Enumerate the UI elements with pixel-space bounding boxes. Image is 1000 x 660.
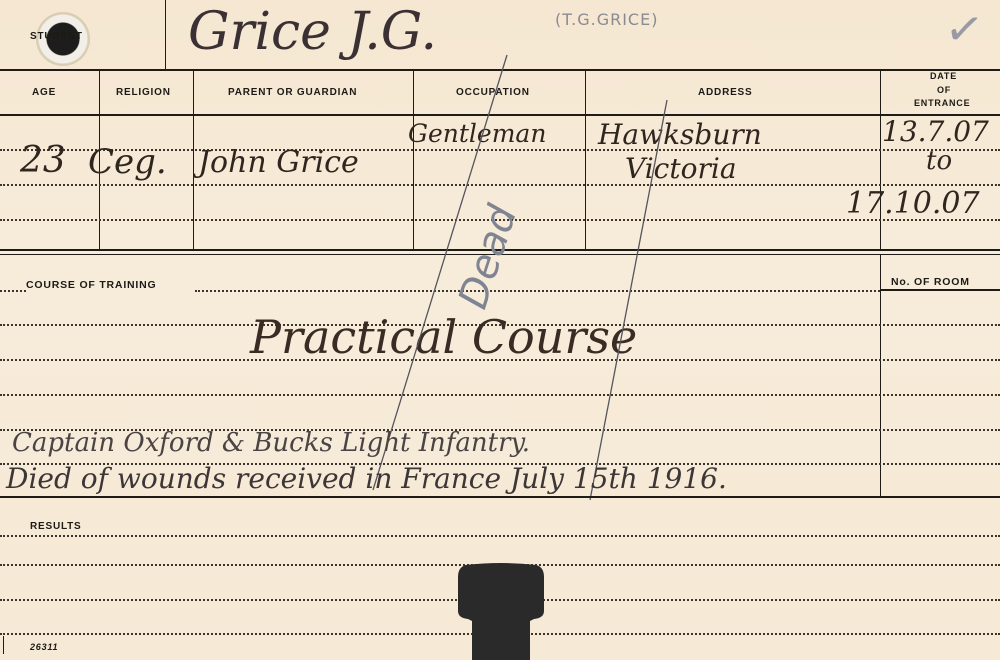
student-record-card: STUDENT Grice J.G. (T.G.GRICE) ✓ AGE REL…: [0, 0, 1000, 660]
note-line2: Died of wounds received in France July 1…: [6, 462, 727, 495]
pencil-strike-lines: [0, 0, 1000, 660]
results-label: RESULTS: [30, 521, 82, 532]
results-divider: [0, 496, 1000, 498]
form-number: 26311: [30, 642, 58, 652]
index-tab-cutout: [458, 563, 544, 660]
dotted-line: [0, 535, 1000, 537]
note-line1: Captain Oxford & Bucks Light Infantry.: [12, 428, 530, 458]
margin-mark: [3, 636, 4, 654]
